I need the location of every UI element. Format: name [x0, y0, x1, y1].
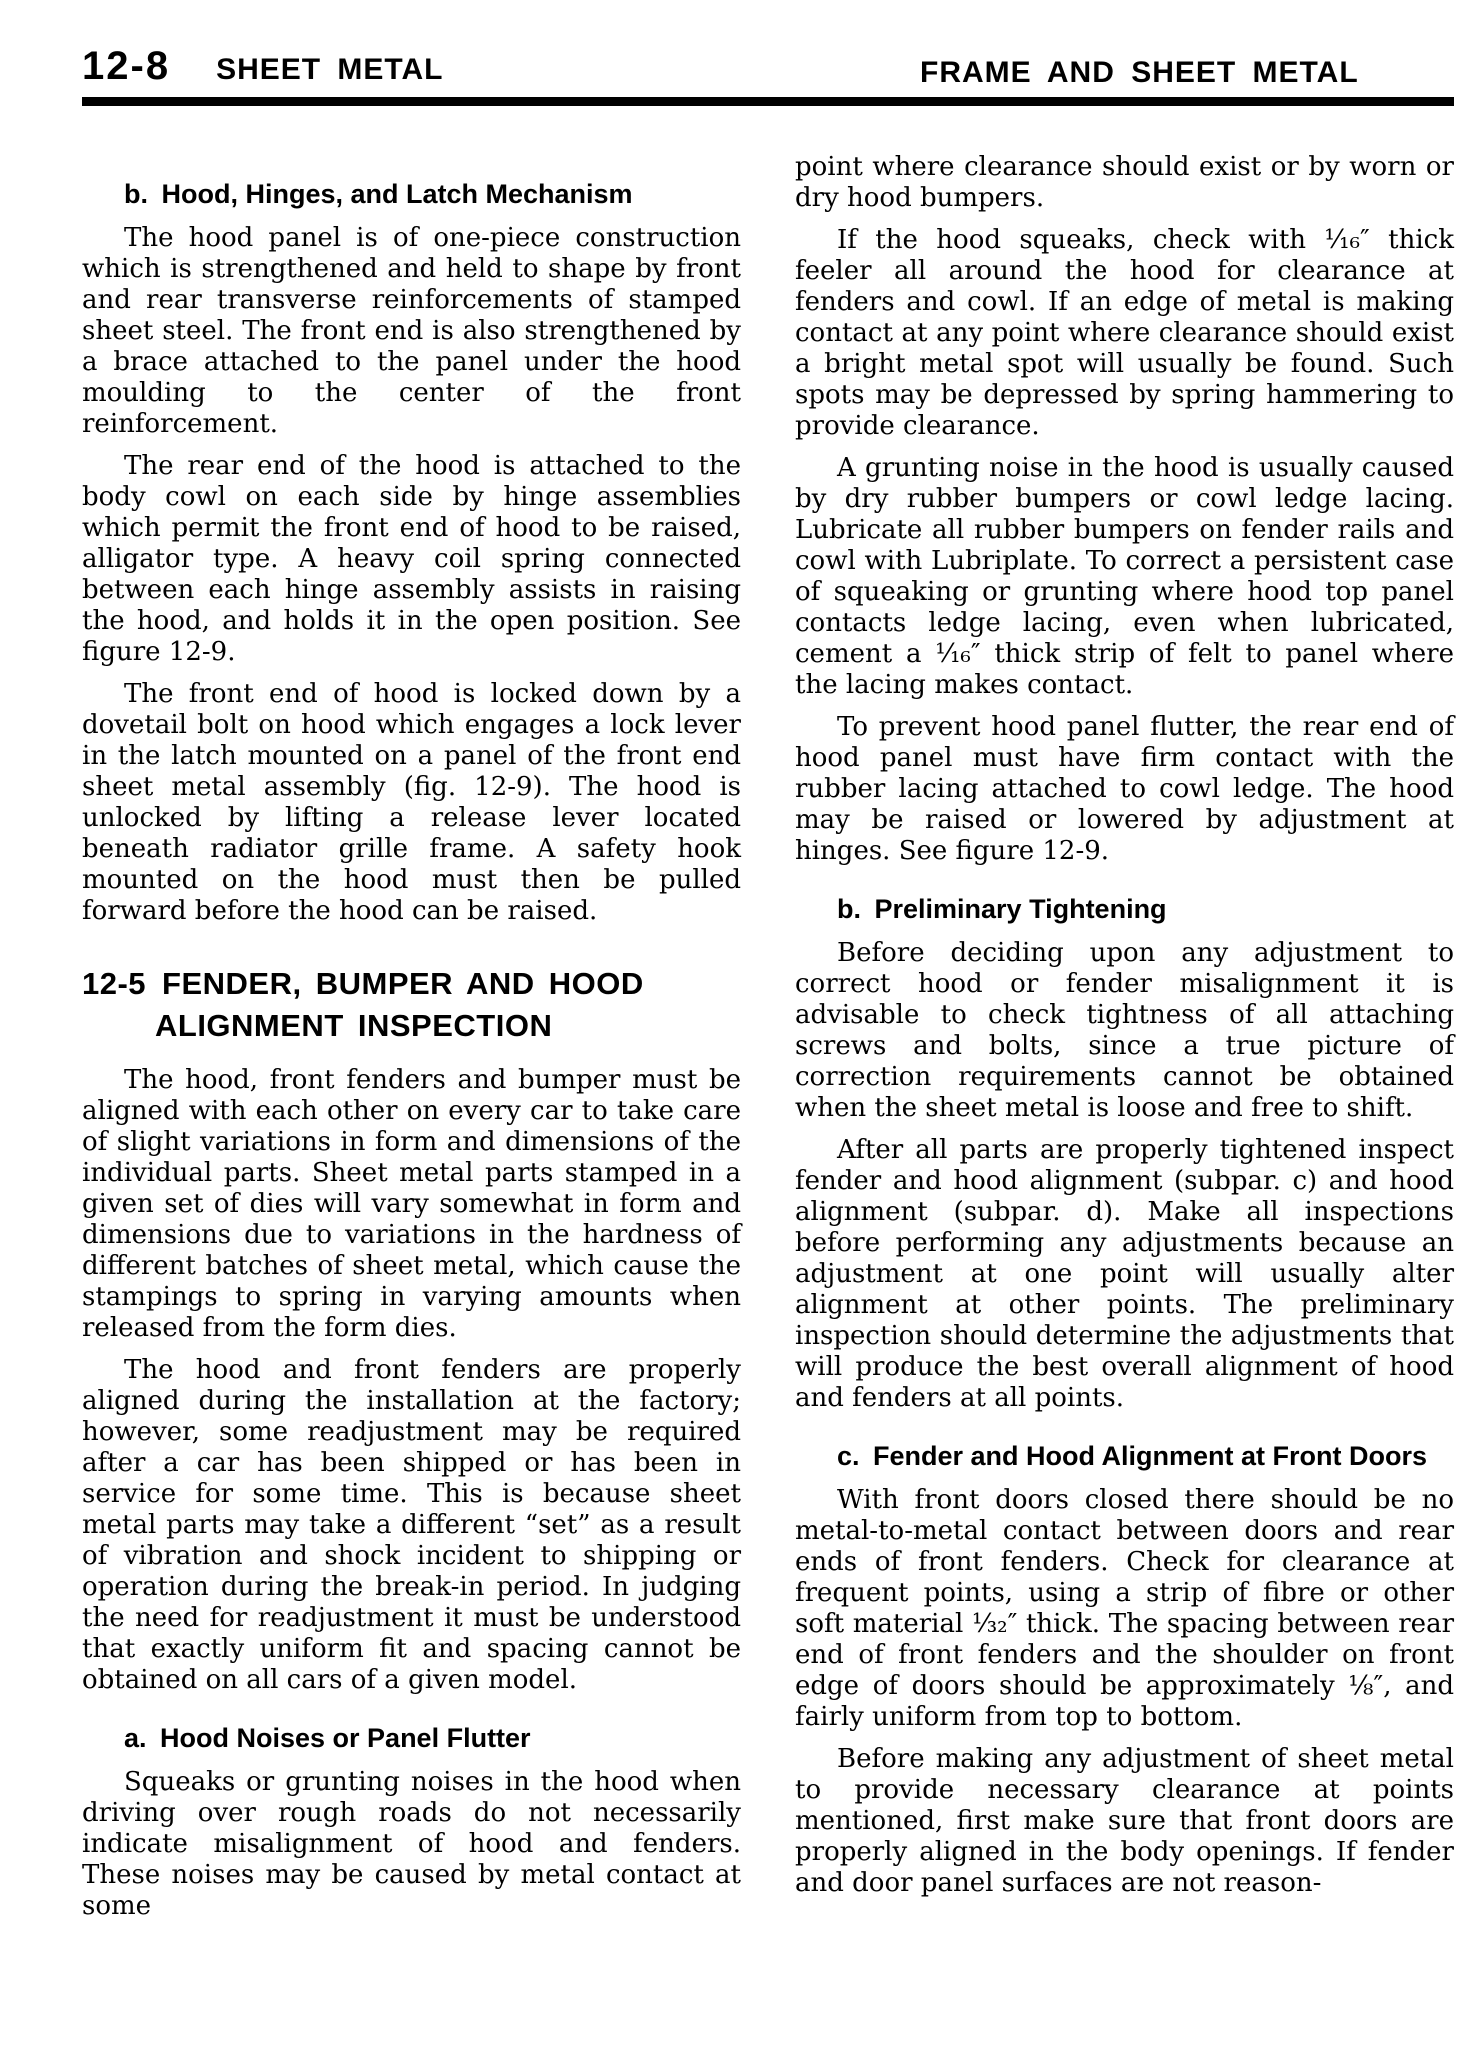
section-heading-line2: ALIGNMENT INSPECTION: [155, 1005, 741, 1047]
paragraph: After all parts are properly tightened i…: [795, 1135, 1454, 1414]
paragraph: Before making any adjustment of sheet me…: [795, 1744, 1454, 1899]
paragraph: Squeaks or grunting noises in the hood w…: [82, 1767, 741, 1922]
page-header: 12-8 SHEET METAL FRAME AND SHEET METAL: [82, 46, 1454, 90]
section-heading-title: FENDER, BUMPER AND HOOD: [162, 966, 644, 1001]
paragraph: If the hood squeaks, check with ¹⁄₁₆″ th…: [795, 225, 1454, 442]
subheading-fender-hood-alignment-front-doors: c. Fender and Hood Alignment at Front Do…: [795, 1441, 1454, 1472]
subheading-preliminary-tightening: b. Preliminary Tightening: [795, 894, 1454, 925]
two-column-text: b. Hood, Hinges, and Latch Mechanism The…: [82, 152, 1454, 1933]
paragraph: With front doors closed there should be …: [795, 1485, 1454, 1733]
paragraph: To prevent hood panel flutter, the rear …: [795, 712, 1454, 867]
page-number: 12-8: [82, 46, 170, 86]
section-title: SHEET METAL: [216, 55, 443, 85]
paragraph: The front end of hood is locked down by …: [82, 679, 741, 927]
section-heading-line1: 12-5FENDER, BUMPER AND HOOD: [82, 963, 741, 1005]
header-rule: [82, 97, 1454, 106]
paragraph: The hood, front fenders and bumper must …: [82, 1065, 741, 1344]
paragraph: The hood panel is of one-piece construct…: [82, 223, 741, 440]
subheading-hood-hinges-latch: b. Hood, Hinges, and Latch Mechanism: [82, 179, 741, 210]
section-number: 12-5: [82, 966, 146, 1001]
paragraph: The hood and front fenders are properly …: [82, 1355, 741, 1696]
section-heading-12-5: 12-5FENDER, BUMPER AND HOOD ALIGNMENT IN…: [82, 963, 741, 1047]
left-column: b. Hood, Hinges, and Latch Mechanism The…: [82, 152, 741, 1933]
manual-page: 12-8 SHEET METAL FRAME AND SHEET METAL b…: [0, 0, 1484, 2064]
paragraph: The rear end of the hood is attached to …: [82, 451, 741, 668]
chapter-title: FRAME AND SHEET METAL: [920, 58, 1359, 88]
paragraph-continuation: point where clearance should exist or by…: [795, 152, 1454, 214]
paragraph: Before deciding upon any adjustment to c…: [795, 938, 1454, 1124]
paragraph: A grunting noise in the hood is usually …: [795, 453, 1454, 701]
right-column: point where clearance should exist or by…: [795, 152, 1454, 1933]
subheading-hood-noises: a. Hood Noises or Panel Flutter: [82, 1723, 741, 1754]
